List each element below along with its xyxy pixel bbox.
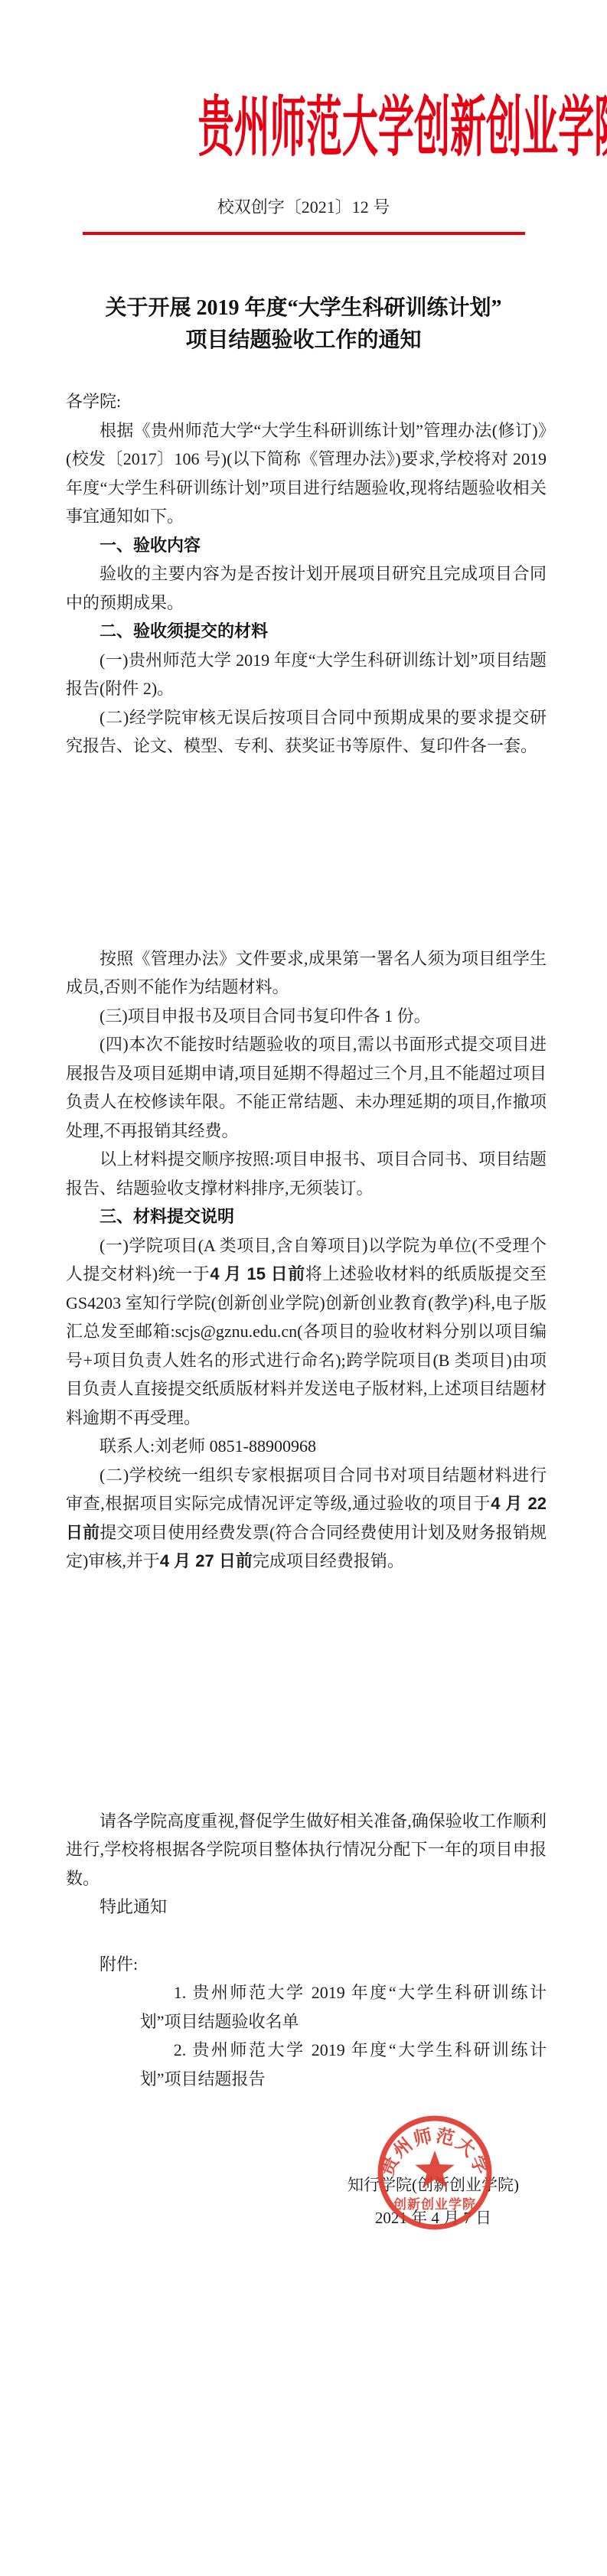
section2-item3: (三)项目申报书及项目合同书复印件各 1 份。	[66, 1002, 547, 1031]
red-divider-line	[83, 232, 525, 235]
section3-item2-post: 完成项目经费报销。	[253, 1551, 404, 1570]
section3-item2-pre: (二)学校统一组织专家根据项目合同书对项目结题材料进行审查,根据项目实际完成情况…	[66, 1466, 547, 1514]
document-body: 各学院: 根据《贵州师范大学“大学生科研训练计划”管理办法(修订)》(校发〔20…	[66, 387, 547, 2093]
blank-line	[66, 1922, 547, 1950]
letterhead-banner-text: 贵州师范大学创新创业学院文件	[198, 90, 607, 168]
official-document-page: 贵州师范大学创新创业学院文件 校双创字〔2021〕12 号 关于开展 2019 …	[0, 0, 607, 2576]
issuing-unit: 知行学院(创新创业学院)	[337, 2169, 530, 2202]
section1-heading: 一、验收内容	[66, 531, 547, 560]
closing-paragraph: 请各学院高度重视,督促学生做好相关准备,确保验收工作顺利进行,学校将根据各学院项…	[66, 1807, 547, 1893]
section2-order-note: 以上材料提交顺序按照:项目申报书、项目合同书、项目结题报告、结题验收支撑材料排序…	[66, 1145, 547, 1202]
issue-date: 2021 年 4 月 7 日	[337, 2202, 530, 2235]
section3-item1-post: 将上述验收材料的纸质版提交至 GS4203 室知行学院(创新创业学院)创新创业教…	[66, 1264, 547, 1427]
deadline-april-15: 4 月 15 日前	[210, 1264, 305, 1283]
document-title: 关于开展 2019 年度“大学生科研训练计划” 项目结题验收工作的通知	[0, 292, 607, 357]
section2-note: 按照《管理办法》文件要求,成果第一署名人须为项目组学生成员,否则不能作为结题材料…	[66, 944, 547, 1002]
document-number: 校双创字〔2021〕12 号	[0, 196, 607, 219]
attachment-2-text: 贵州师范大学 2019 年度“大学生科研训练计划”项目结题报告	[140, 2040, 547, 2089]
section3-item1: (一)学院项目(A 类项目,含自筹项目)以学院为单位(不受理个人提交材料)统一于…	[66, 1231, 547, 1433]
page-break-gap-1	[66, 761, 547, 944]
attachment-1-text: 贵州师范大学 2019 年度“大学生科研训练计划”项目结题验收名单	[140, 1983, 547, 2031]
section3-item2: (二)学校统一组织专家根据项目合同书对项目结题材料进行审查,根据项目实际完成情况…	[66, 1461, 547, 1576]
document-title-line2: 项目结题验收工作的通知	[0, 324, 607, 357]
salutation: 各学院:	[66, 387, 547, 416]
section3-heading: 三、材料提交说明	[66, 1202, 547, 1231]
notice-line: 特此通知	[66, 1893, 547, 1922]
letterhead-banner: 贵州师范大学创新创业学院文件	[0, 90, 607, 167]
signature-block: 知行学院(创新创业学院) 2021 年 4 月 7 日	[337, 2169, 530, 2235]
deadline-april-27: 4 月 27 日前	[160, 1551, 253, 1570]
intro-paragraph: 根据《贵州师范大学“大学生科研训练计划”管理办法(修订)》(校发〔2017〕10…	[66, 416, 547, 531]
attachments-label: 附件:	[66, 1950, 547, 1979]
attachment-item-2: 2. 贵州师范大学 2019 年度“大学生科研训练计划”项目结题报告	[66, 2036, 547, 2093]
section2-item2: (二)经学院审核无误后按项目合同中预期成果的要求提交研究报告、论文、模型、专利、…	[66, 703, 547, 761]
section1-paragraph: 验收的主要内容为是否按计划开展项目研究且完成项目合同中的预期成果。	[66, 559, 547, 617]
contact-line: 联系人:刘老师 0851-88900968	[66, 1432, 547, 1461]
attachment-1-number: 1.	[174, 1983, 187, 2002]
page-break-gap-2	[66, 1576, 547, 1807]
section2-item4: (四)本次不能按时结题验收的项目,需以书面形式提交项目进展报告及项目延期申请,项…	[66, 1030, 547, 1145]
document-title-line1: 关于开展 2019 年度“大学生科研训练计划”	[0, 292, 607, 324]
attachment-item-1: 1. 贵州师范大学 2019 年度“大学生科研训练计划”项目结题验收名单	[66, 1978, 547, 2036]
section2-item1: (一)贵州师范大学 2019 年度“大学生科研训练计划”项目结题报告(附件 2)…	[66, 646, 547, 703]
attachment-2-number: 2.	[174, 2040, 187, 2059]
section2-heading: 二、验收须提交的材料	[66, 617, 547, 646]
